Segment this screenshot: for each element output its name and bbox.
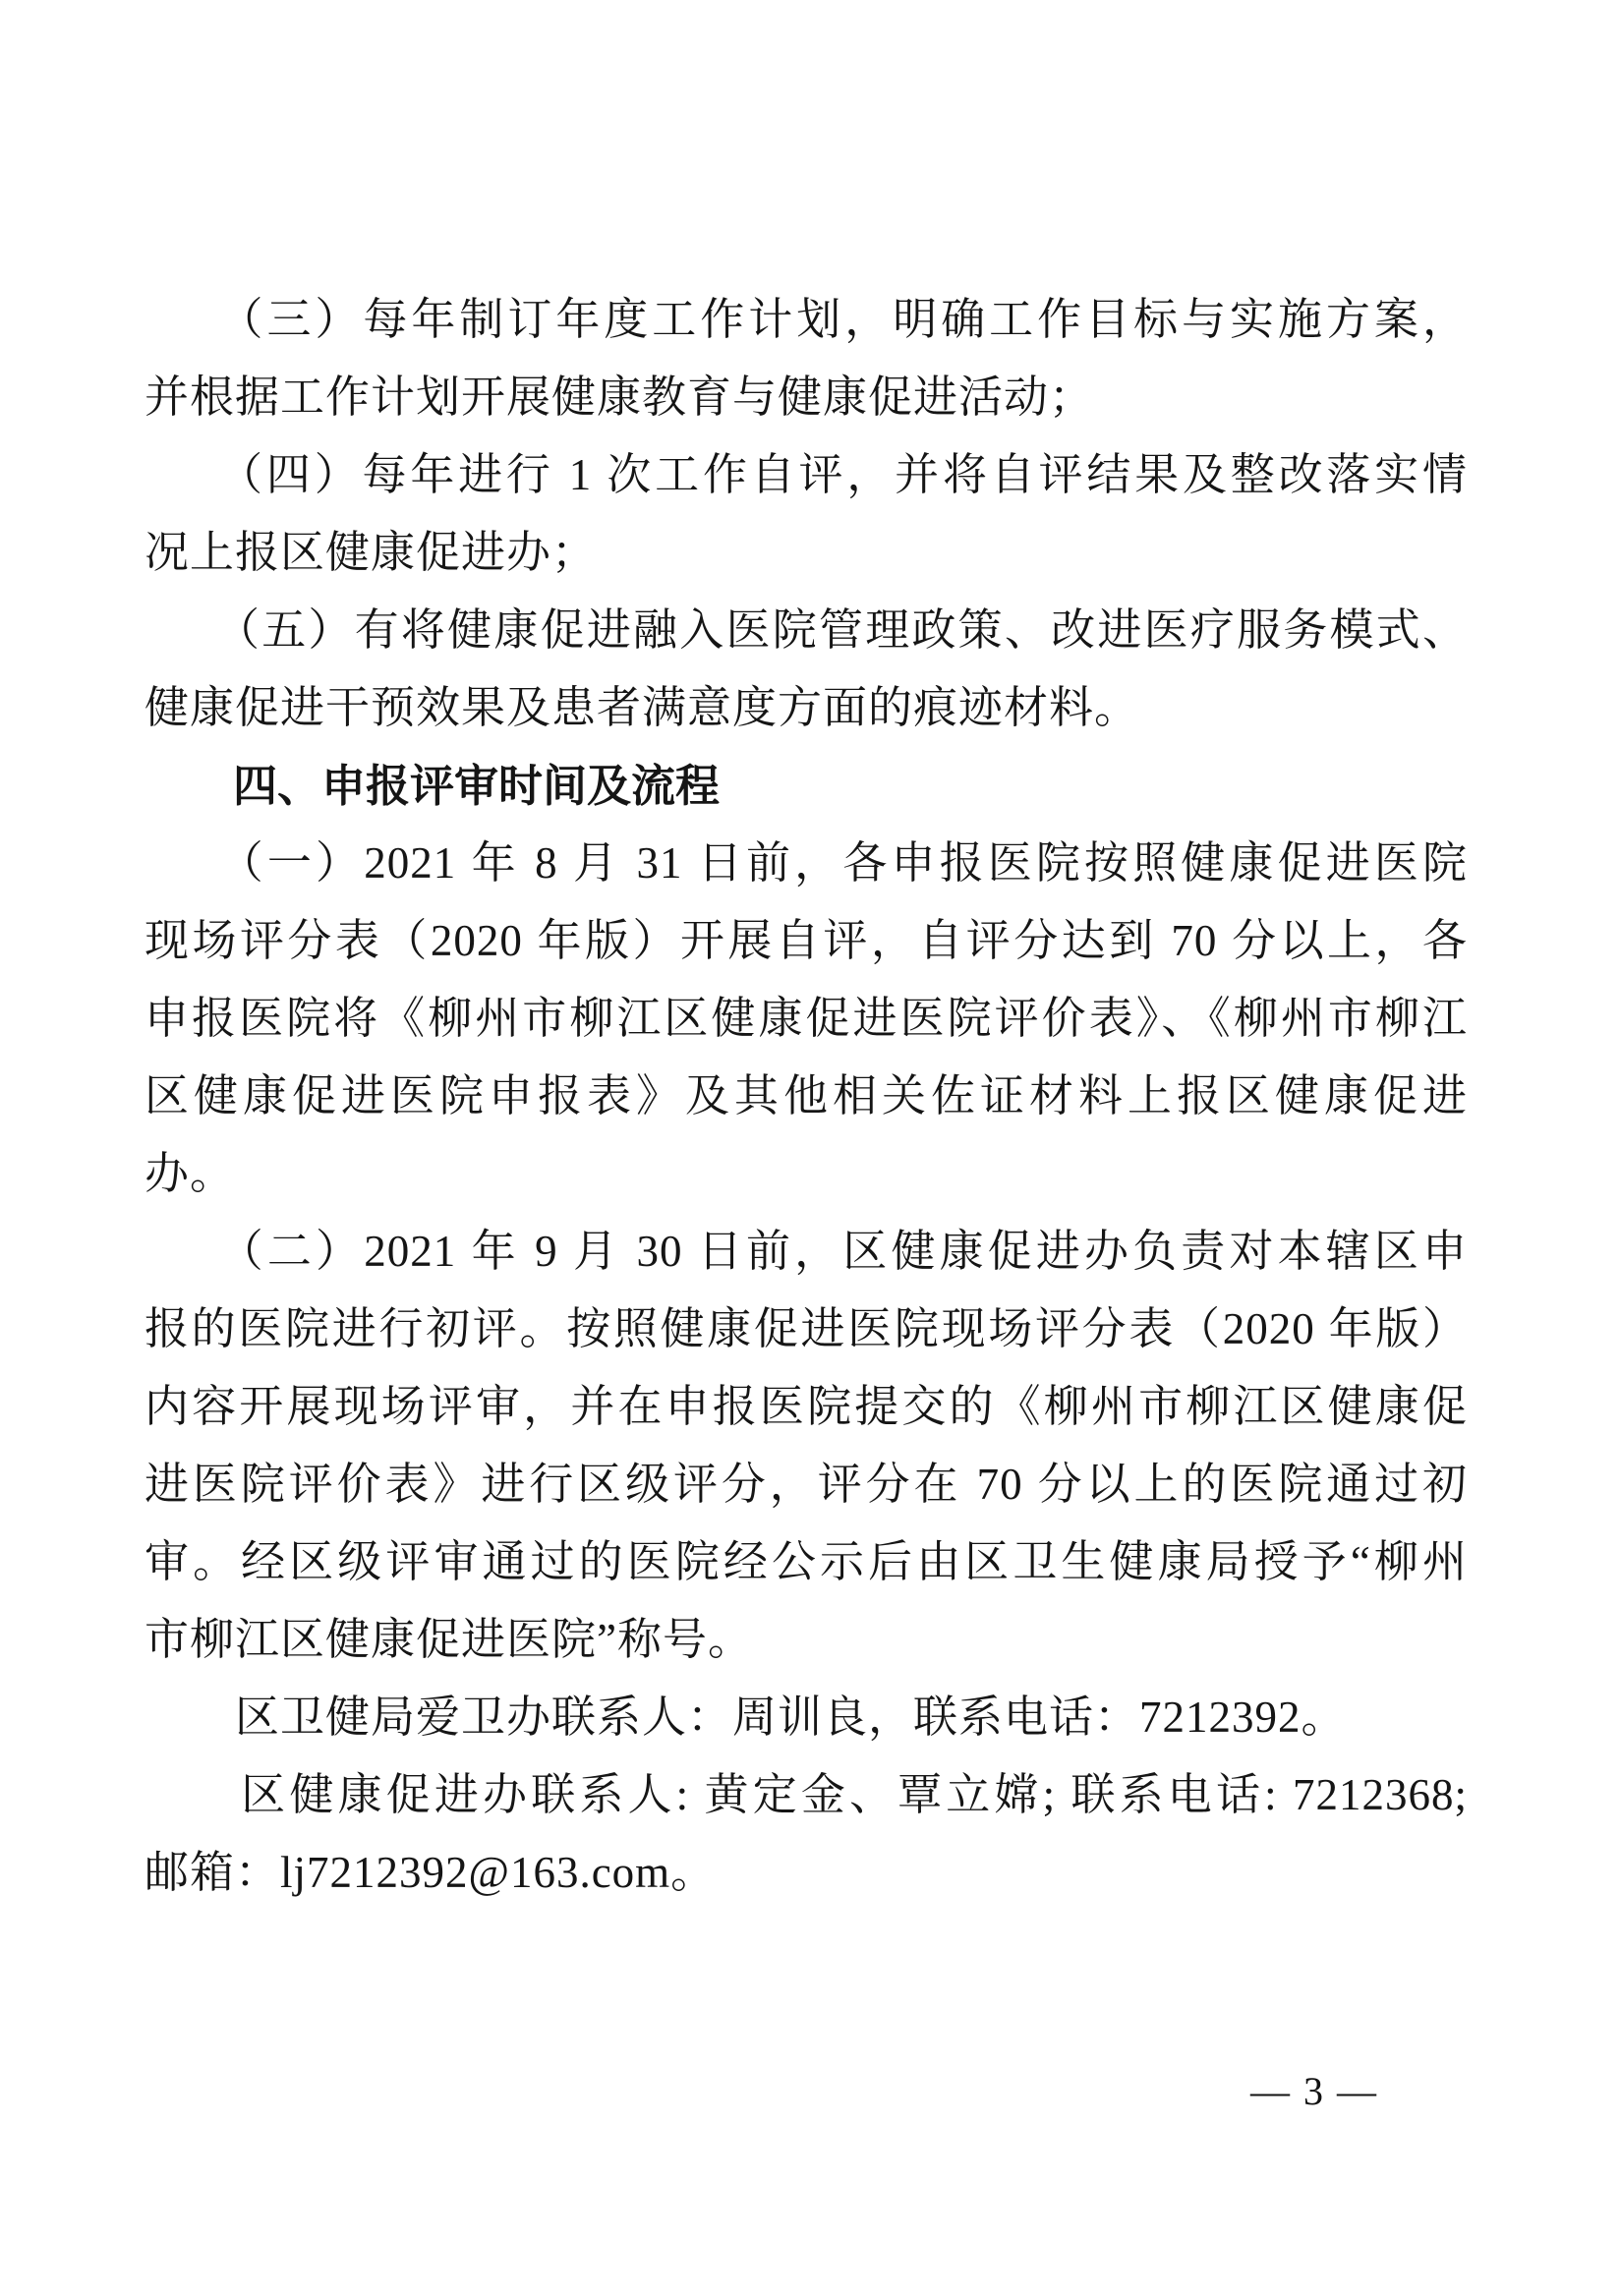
text-line: 邮箱：lj7212392@163.com。 [145,1834,1468,1912]
text-line: 现场评分表（2020 年版）开展自评，自评分达到 70 分以上，各 [145,902,1468,980]
section-heading: 四、申报评审时间及流程 [145,747,1468,825]
text-line: 报的医院进行初评。按照健康促进医院现场评分表（2020 年版） [145,1291,1468,1368]
text-line: 健康促进干预效果及患者满意度方面的痕迹材料。 [145,669,1468,747]
text-line: （四）每年进行 1 次工作自评，并将自评结果及整改落实情 [145,436,1468,514]
text-line: 办。 [145,1135,1468,1213]
text-line: （一）2021 年 8 月 31 日前，各申报医院按照健康促进医院 [145,825,1468,902]
text-line: 市柳江区健康促进医院”称号。 [145,1601,1468,1679]
text-line: （二）2021 年 9 月 30 日前，区健康促进办负责对本辖区申 [145,1213,1468,1291]
page-number: — 3 — [1250,2066,1378,2117]
document-body: （三）每年制订年度工作计划，明确工作目标与实施方案， 并根据工作计划开展健康教育… [145,281,1468,1912]
text-line: 审。经区级评审通过的医院经公示后由区卫生健康局授予“柳州 [145,1523,1468,1601]
text-line: 况上报区健康促进办； [145,514,1468,592]
text-line: 区健康促进办联系人: 黄定金、覃立嫦; 联系电话: 7212368; [145,1756,1468,1834]
text-line: 区健康促进医院申报表》及其他相关佐证材料上报区健康促进 [145,1058,1468,1135]
text-line: 申报医院将《柳州市柳江区健康促进医院评价表》、《柳州市柳江 [145,980,1468,1058]
document-page: （三）每年制订年度工作计划，明确工作目标与实施方案， 并根据工作计划开展健康教育… [0,0,1620,2296]
text-line: 区卫健局爱卫办联系人：周训良，联系电话：7212392。 [145,1679,1468,1756]
text-line: 并根据工作计划开展健康教育与健康促进活动； [145,359,1468,436]
text-line: （五）有将健康促进融入医院管理政策、改进医疗服务模式、 [145,592,1468,669]
text-line: 内容开展现场评审，并在申报医院提交的《柳州市柳江区健康促 [145,1368,1468,1446]
text-line: （三）每年制订年度工作计划，明确工作目标与实施方案， [145,281,1468,359]
text-line: 进医院评价表》进行区级评分，评分在 70 分以上的医院通过初 [145,1446,1468,1523]
